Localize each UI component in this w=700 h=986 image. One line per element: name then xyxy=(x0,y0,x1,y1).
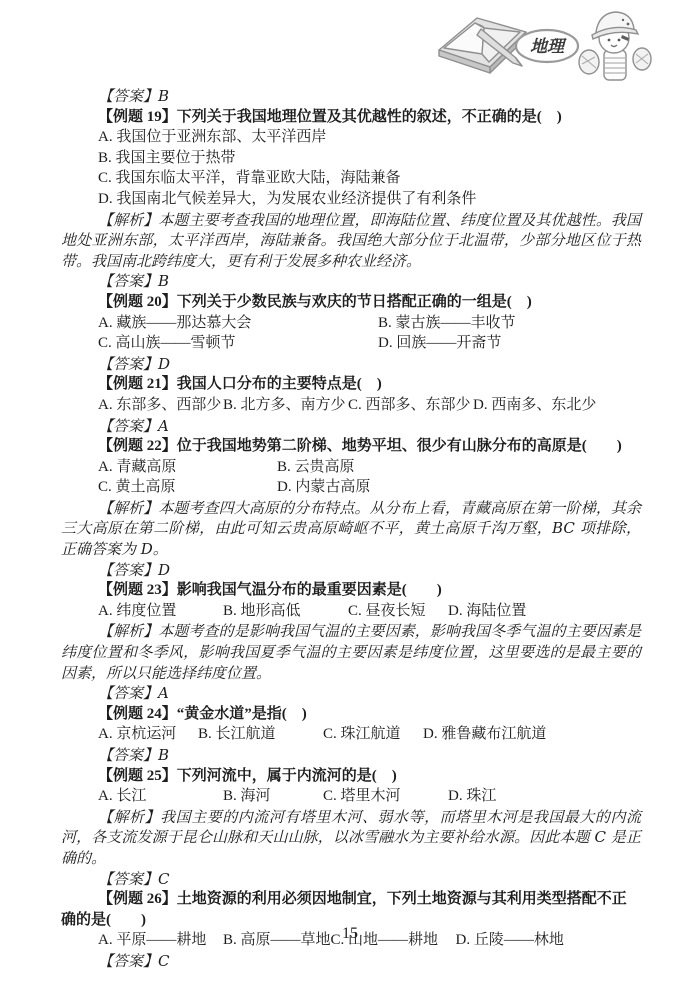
option: A. 藏族——那达慕大会 xyxy=(98,313,378,334)
option: B. 地形高低 xyxy=(223,601,348,622)
options-row: C. 高山族——雪顿节 D. 回族——开斋节 xyxy=(61,333,641,354)
option: A. 长江 xyxy=(98,786,223,807)
option: D. 珠江 xyxy=(448,786,641,807)
option: A. 东部多、西部少 xyxy=(98,395,223,416)
answer-line: 【答案】D xyxy=(61,354,641,375)
options-row: A. 纬度位置 B. 地形高低 C. 昼夜长短 D. 海陆位置 xyxy=(61,601,641,622)
options-row: C. 黄土高原 D. 内蒙古高原 xyxy=(61,477,641,498)
answer-line: 【答案】D xyxy=(61,560,641,581)
analysis-paragraph: 【解析】本题主要考查我国的地理位置，即海陆位置、纬度位置及其优越性。我国地处亚洲… xyxy=(61,210,641,272)
answer-line: 【答案】C xyxy=(61,951,641,972)
option: D. 内蒙古高原 xyxy=(277,477,641,498)
option: B. 北方多、南方少 xyxy=(223,395,348,416)
option: B. 长江航道 xyxy=(198,724,323,745)
question-line: 【例题 25】下列河流中，属于内流河的是( ) xyxy=(61,766,641,787)
option: C. 我国东临太平洋，背靠亚欧大陆，海陆兼备 xyxy=(61,168,641,189)
question-line: 【例题 19】下列关于我国地理位置及其优越性的叙述，不正确的是( ) xyxy=(61,107,641,128)
option: A. 京杭运河 xyxy=(98,724,198,745)
subject-badge-label: 地理 xyxy=(530,37,567,56)
option: C. 珠江航道 xyxy=(323,724,423,745)
question-line: 【例题 24】“黄金水道”是指( ) xyxy=(61,704,641,725)
student-cartoon xyxy=(566,2,666,92)
options-row: A. 京杭运河 B. 长江航道 C. 珠江航道 D. 雅鲁藏布江航道 xyxy=(61,724,641,745)
option: A. 纬度位置 xyxy=(98,601,223,622)
answer-line: 【答案】B xyxy=(61,745,641,766)
option: B. 我国主要位于热带 xyxy=(61,148,641,169)
option: B. 云贵高原 xyxy=(277,457,641,478)
option: C. 黄土高原 xyxy=(98,477,277,498)
content: 【答案】B 【例题 19】下列关于我国地理位置及其优越性的叙述，不正确的是( )… xyxy=(61,86,641,972)
option: C. 高山族——雪顿节 xyxy=(98,333,378,354)
question-line: 【例题 20】下列关于少数民族与欢庆的节日搭配正确的一组是( ) xyxy=(61,292,641,313)
answer-line: 【答案】C xyxy=(61,869,641,890)
question-line: 【例题 22】位于我国地势第二阶梯、地势平坦、很少有山脉分布的高原是( ) xyxy=(61,436,641,457)
analysis-paragraph: 【解析】我国主要的内流河有塔里木河、弱水等，而塔里木河是我国最大的内流河，各支流… xyxy=(61,807,641,869)
question-line: 【例题 21】我国人口分布的主要特点是( ) xyxy=(61,374,641,395)
options-row: A. 青藏高原 B. 云贵高原 xyxy=(61,457,641,478)
option: B. 蒙古族——丰收节 xyxy=(378,313,641,334)
options-row: A. 长江 B. 海河 C. 塔里木河 D. 珠江 xyxy=(61,786,641,807)
answer-line: 【答案】A xyxy=(61,416,641,437)
answer-line: 【答案】B xyxy=(61,86,641,107)
options-row: A. 东部多、西部少 B. 北方多、南方少 C. 西部多、东部少 D. 西南多、… xyxy=(61,395,641,416)
answer-line: 【答案】B xyxy=(61,271,641,292)
option: C. 塔里木河 xyxy=(323,786,448,807)
options-row: A. 藏族——那达慕大会 B. 蒙古族——丰收节 xyxy=(61,313,641,334)
analysis-paragraph: 【解析】本题考查四大高原的分布特点。从分布上看，青藏高原在第一阶梯，其余三大高原… xyxy=(61,498,641,560)
option: C. 昼夜长短 xyxy=(348,601,448,622)
option: D. 雅鲁藏布江航道 xyxy=(423,724,641,745)
option: D. 海陆位置 xyxy=(448,601,641,622)
option: A. 青藏高原 xyxy=(98,457,277,478)
option: C. 西部多、东部少 xyxy=(348,395,473,416)
option: D. 西南多、东北少 xyxy=(473,395,641,416)
option: A. 我国位于亚洲东部、太平洋西岸 xyxy=(61,127,641,148)
page-number: 15 xyxy=(0,925,700,943)
option: D. 回族——开斋节 xyxy=(378,333,641,354)
option: D. 我国南北气候差异大，为发展农业经济提供了有利条件 xyxy=(61,189,641,210)
answer-line: 【答案】A xyxy=(61,683,641,704)
option: B. 海河 xyxy=(223,786,323,807)
question-line: 【例题 23】影响我国气温分布的最重要因素是( ) xyxy=(61,580,641,601)
analysis-paragraph: 【解析】本题考查的是影响我国气温的主要因素，影响我国冬季气温的主要因素是纬度位置… xyxy=(61,621,641,683)
